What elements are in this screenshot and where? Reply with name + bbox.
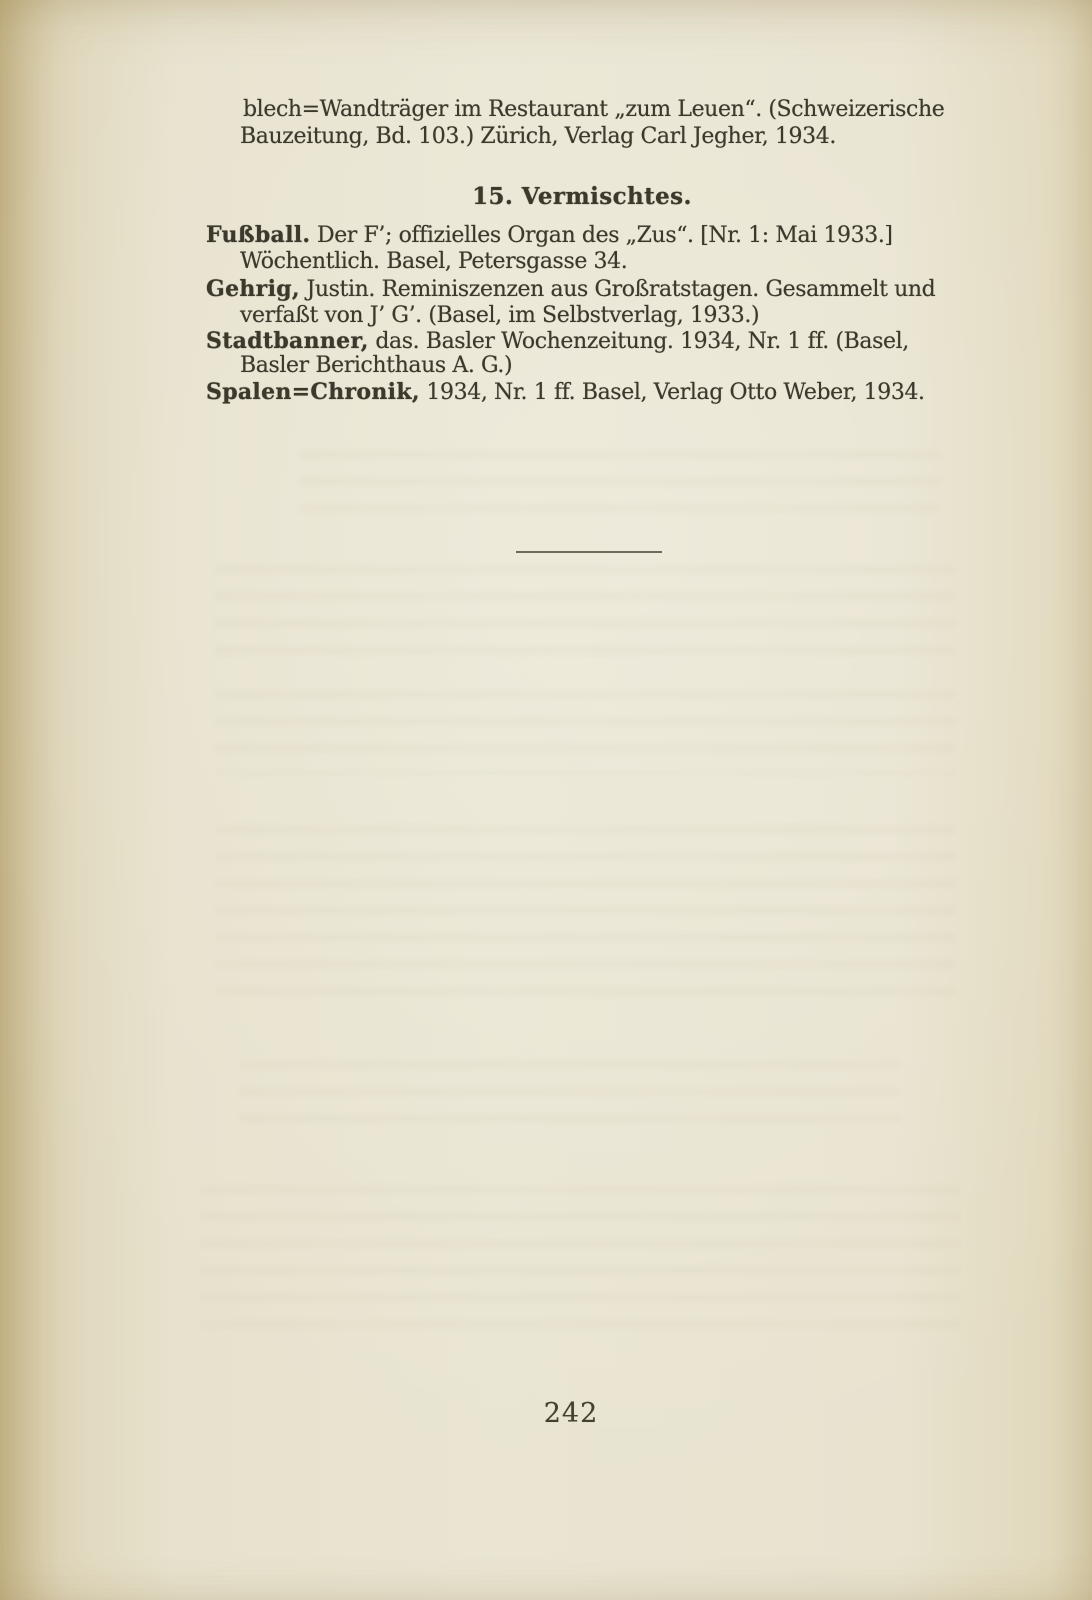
entry-gehrig-line-1: Gehrig, Justin. Reminiszenzen aus Großra… xyxy=(206,275,935,304)
bleedthrough-text-ghost xyxy=(215,565,955,665)
bleedthrough-text-ghost xyxy=(215,690,955,775)
entry-lead: Gehrig, xyxy=(206,276,300,302)
carryover-line-2: Bauzeitung, Bd. 103.) Zürich, Verlag Car… xyxy=(240,123,836,151)
entry-lead: Fußball. xyxy=(206,222,310,248)
bleedthrough-text-ghost xyxy=(240,1060,900,1130)
entry-text: Justin. Reminiszenzen aus Großratstagen.… xyxy=(300,277,935,302)
entry-stadtbanner-line-2: Basler Berichthaus A. G.) xyxy=(240,352,512,380)
entry-fussball-line-2: Wöchentlich. Basel, Petersgasse 34. xyxy=(240,248,627,276)
entry-gehrig-line-2: verfaßt von J’ G’. (Basel, im Selbstverl… xyxy=(240,302,759,330)
page-number: 242 xyxy=(206,1398,936,1429)
bleedthrough-text-ghost xyxy=(300,450,940,530)
entry-text: das. Basler Wochenzeitung. 1934, Nr. 1 f… xyxy=(369,329,909,354)
section-end-rule xyxy=(516,551,662,553)
bleedthrough-text-ghost xyxy=(200,1185,960,1335)
carryover-line-1: blech=Wandträger im Restaurant „zum Leue… xyxy=(243,96,944,124)
bleedthrough-text-ghost xyxy=(215,825,955,1005)
section-heading: 15. Vermischtes. xyxy=(206,183,958,210)
entry-fussball-line-1: Fußball. Der F’; offizielles Organ des „… xyxy=(206,221,893,250)
entry-text: 1934, Nr. 1 ff. Basel, Verlag Otto Weber… xyxy=(420,380,925,405)
entry-lead: Stadtbanner, xyxy=(206,328,369,354)
entry-text: Der F’; offizielles Organ des „Zus“. [Nr… xyxy=(310,223,892,248)
scanned-book-page: blech=Wandträger im Restaurant „zum Leue… xyxy=(0,0,1092,1600)
entry-spalen-chronik-line-1: Spalen=Chronik, 1934, Nr. 1 ff. Basel, V… xyxy=(206,378,925,407)
entry-lead: Spalen=Chronik, xyxy=(206,379,420,405)
